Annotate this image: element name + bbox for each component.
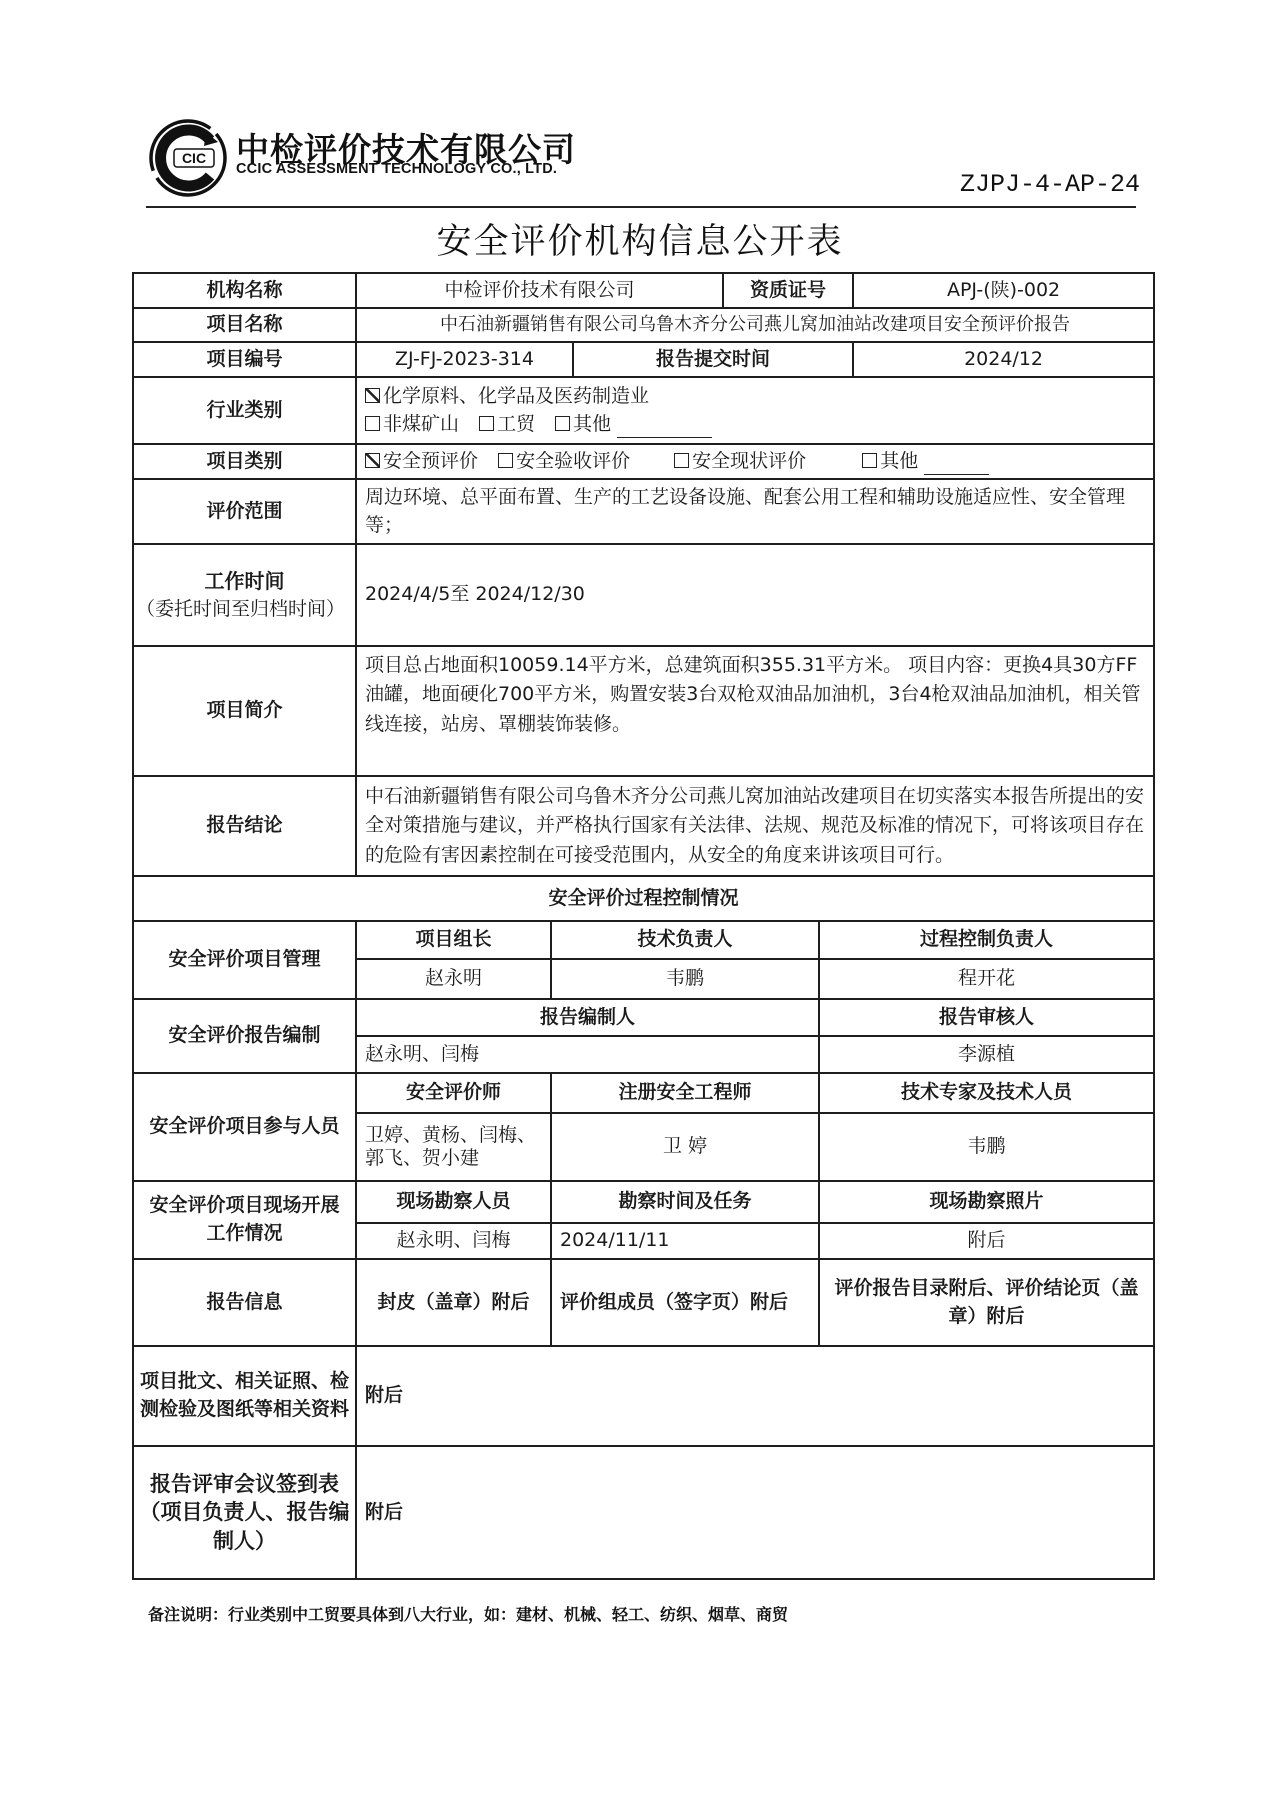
row-work-time: 工作时间 （委托时间至归档时间） 2024/4/5至 2024/12/30 xyxy=(133,544,1154,646)
industry-option-mining[interactable]: 非煤矿山 xyxy=(365,413,459,435)
svg-text:CIC: CIC xyxy=(182,150,206,166)
checkbox-icon[interactable] xyxy=(498,453,513,468)
work-time-sublabel: （委托时间至归档时间） xyxy=(136,596,353,624)
site-header-staff: 现场勘察人员 xyxy=(356,1181,551,1223)
page-title: 安全评价机构信息公开表 xyxy=(0,214,1280,264)
row-approval-docs: 项目批文、相关证照、检测检验及图纸等相关资料 附后 xyxy=(133,1346,1154,1446)
site-work-label: 安全评价项目现场开展工作情况 xyxy=(133,1181,356,1259)
work-time-label: 工作时间 xyxy=(136,567,353,596)
info-table: 机构名称 中检评价技术有限公司 资质证号 APJ-(陕)-002 项目名称 中石… xyxy=(132,272,1155,1580)
report-info-signatures: 评价组成员（签字页）附后 xyxy=(551,1259,819,1346)
document-number: ZJPJ-4-AP-24 xyxy=(960,170,1140,199)
row-conclusion: 报告结论 中石油新疆销售有限公司乌鲁木齐分公司燕儿窝加油站改建项目在切实落实本报… xyxy=(133,776,1154,876)
section-title: 安全评价过程控制情况 xyxy=(133,876,1154,921)
compilation-reviewer: 李源植 xyxy=(819,1036,1154,1073)
checkbox-icon[interactable] xyxy=(365,416,380,431)
row-participants-header: 安全评价项目参与人员 安全评价师 注册安全工程师 技术专家及技术人员 xyxy=(133,1073,1154,1113)
row-summary: 项目简介 项目总占地面积10059.14平方米，总建筑面积355.31平方米。 … xyxy=(133,646,1154,776)
submit-time-value: 2024/12 xyxy=(853,342,1154,377)
row-project-type: 项目类别 安全预评价 安全验收评价 安全现状评价 其他 xyxy=(133,444,1154,479)
compilation-author: 赵永明、闫梅 xyxy=(356,1036,819,1073)
project-type-label: 项目类别 xyxy=(133,444,356,479)
industry-option-trade[interactable]: 工贸 xyxy=(479,413,535,435)
compilation-label: 安全评价报告编制 xyxy=(133,999,356,1073)
site-time: 2024/11/11 xyxy=(551,1223,819,1259)
participants-label: 安全评价项目参与人员 xyxy=(133,1073,356,1181)
other-blank-line[interactable] xyxy=(617,436,712,438)
management-process: 程开花 xyxy=(819,959,1154,999)
industry-options: 化学原料、化学品及医药制造业 非煤矿山 工贸 其他 xyxy=(356,377,1154,444)
project-name-value: 中石油新疆销售有限公司乌鲁木齐分公司燕儿窝加油站改建项目安全预评价报告 xyxy=(356,308,1154,342)
participants-experts: 韦鹏 xyxy=(819,1113,1154,1181)
project-no-value: ZJ-FJ-2023-314 xyxy=(356,342,573,377)
summary-value: 项目总占地面积10059.14平方米，总建筑面积355.31平方米。 项目内容：… xyxy=(356,646,1154,776)
row-scope: 评价范围 周边环境、总平面布置、生产的工艺设备设施、配套公用工程和辅助设施适应性… xyxy=(133,479,1154,544)
row-industry: 行业类别 化学原料、化学品及医药制造业 非煤矿山 工贸 其他 xyxy=(133,377,1154,444)
participants-evaluators: 卫婷、黄杨、闫梅、郭飞、贺小建 xyxy=(356,1113,551,1181)
org-name-label: 机构名称 xyxy=(133,273,356,308)
management-header-tech: 技术负责人 xyxy=(551,921,819,959)
project-no-label: 项目编号 xyxy=(133,342,356,377)
review-signin-value: 附后 xyxy=(356,1446,1154,1579)
checkbox-checked-icon[interactable] xyxy=(365,453,380,468)
type-option-acceptance[interactable]: 安全验收评价 xyxy=(498,450,630,472)
ccic-logo-icon: CIC xyxy=(148,118,228,198)
site-header-photos: 现场勘察照片 xyxy=(819,1181,1154,1223)
management-tech: 韦鹏 xyxy=(551,959,819,999)
conclusion-value: 中石油新疆销售有限公司乌鲁木齐分公司燕儿窝加油站改建项目在切实落实本报告所提出的… xyxy=(356,776,1154,876)
project-type-options: 安全预评价 安全验收评价 安全现状评价 其他 xyxy=(356,444,1154,479)
checkbox-icon[interactable] xyxy=(479,416,494,431)
participants-header-engineer: 注册安全工程师 xyxy=(551,1073,819,1113)
row-org-name: 机构名称 中检评价技术有限公司 资质证号 APJ-(陕)-002 xyxy=(133,273,1154,308)
company-name-en: CCIC ASSESSMENT TECHNOLOGY CO., LTD. xyxy=(236,161,557,177)
row-report-info: 报告信息 封皮（盖章）附后 评价组成员（签字页）附后 评价报告目录附后、评价结论… xyxy=(133,1259,1154,1346)
report-info-toc: 评价报告目录附后、评价结论页（盖章）附后 xyxy=(819,1259,1154,1346)
conclusion-label: 报告结论 xyxy=(133,776,356,876)
row-project-name: 项目名称 中石油新疆销售有限公司乌鲁木齐分公司燕儿窝加油站改建项目安全预评价报告 xyxy=(133,308,1154,342)
row-section-header: 安全评价过程控制情况 xyxy=(133,876,1154,921)
summary-label: 项目简介 xyxy=(133,646,356,776)
footer-note: 备注说明：行业类别中工贸要具体到八大行业，如：建材、机械、轻工、纺织、烟草、商贸 xyxy=(148,1602,788,1625)
management-header-leader: 项目组长 xyxy=(356,921,551,959)
management-label: 安全评价项目管理 xyxy=(133,921,356,999)
type-option-pre-eval[interactable]: 安全预评价 xyxy=(365,450,478,472)
checkbox-checked-icon[interactable] xyxy=(365,388,380,403)
row-management-header: 安全评价项目管理 项目组长 技术负责人 过程控制负责人 xyxy=(133,921,1154,959)
site-header-time: 勘察时间及任务 xyxy=(551,1181,819,1223)
management-leader: 赵永明 xyxy=(356,959,551,999)
other-blank-line[interactable] xyxy=(924,473,989,475)
site-photos: 附后 xyxy=(819,1223,1154,1259)
row-compilation-header: 安全评价报告编制 报告编制人 报告审核人 xyxy=(133,999,1154,1036)
industry-option-other[interactable]: 其他 xyxy=(555,413,712,435)
industry-option-chemical[interactable]: 化学原料、化学品及医药制造业 xyxy=(365,385,649,407)
work-time-label-cell: 工作时间 （委托时间至归档时间） xyxy=(133,544,356,646)
work-time-value: 2024/4/5至 2024/12/30 xyxy=(356,544,1154,646)
scope-label: 评价范围 xyxy=(133,479,356,544)
participants-header-evaluator: 安全评价师 xyxy=(356,1073,551,1113)
row-review-signin: 报告评审会议签到表（项目负责人、报告编制人） 附后 xyxy=(133,1446,1154,1579)
checkbox-icon[interactable] xyxy=(862,453,877,468)
row-site-header: 安全评价项目现场开展工作情况 现场勘察人员 勘察时间及任务 现场勘察照片 xyxy=(133,1181,1154,1223)
report-info-label: 报告信息 xyxy=(133,1259,356,1346)
type-option-other[interactable]: 其他 xyxy=(862,450,989,472)
approval-docs-label: 项目批文、相关证照、检测检验及图纸等相关资料 xyxy=(133,1346,356,1446)
header-divider xyxy=(146,206,1136,208)
report-info-cover: 封皮（盖章）附后 xyxy=(356,1259,551,1346)
project-name-label: 项目名称 xyxy=(133,308,356,342)
cert-value: APJ-(陕)-002 xyxy=(853,273,1154,308)
compilation-header-author: 报告编制人 xyxy=(356,999,819,1036)
type-option-status[interactable]: 安全现状评价 xyxy=(674,450,806,472)
checkbox-icon[interactable] xyxy=(555,416,570,431)
management-header-process: 过程控制负责人 xyxy=(819,921,1154,959)
submit-time-label: 报告提交时间 xyxy=(573,342,853,377)
row-project-no: 项目编号 ZJ-FJ-2023-314 报告提交时间 2024/12 xyxy=(133,342,1154,377)
compilation-header-reviewer: 报告审核人 xyxy=(819,999,1154,1036)
cert-label: 资质证号 xyxy=(723,273,853,308)
site-staff: 赵永明、闫梅 xyxy=(356,1223,551,1259)
participants-engineer: 卫 婷 xyxy=(551,1113,819,1181)
checkbox-icon[interactable] xyxy=(674,453,689,468)
org-name-value: 中检评价技术有限公司 xyxy=(356,273,723,308)
approval-docs-value: 附后 xyxy=(356,1346,1154,1446)
industry-label: 行业类别 xyxy=(133,377,356,444)
scope-value: 周边环境、总平面布置、生产的工艺设备设施、配套公用工程和辅助设施适应性、安全管理… xyxy=(356,479,1154,544)
participants-header-experts: 技术专家及技术人员 xyxy=(819,1073,1154,1113)
review-signin-label: 报告评审会议签到表（项目负责人、报告编制人） xyxy=(133,1446,356,1579)
